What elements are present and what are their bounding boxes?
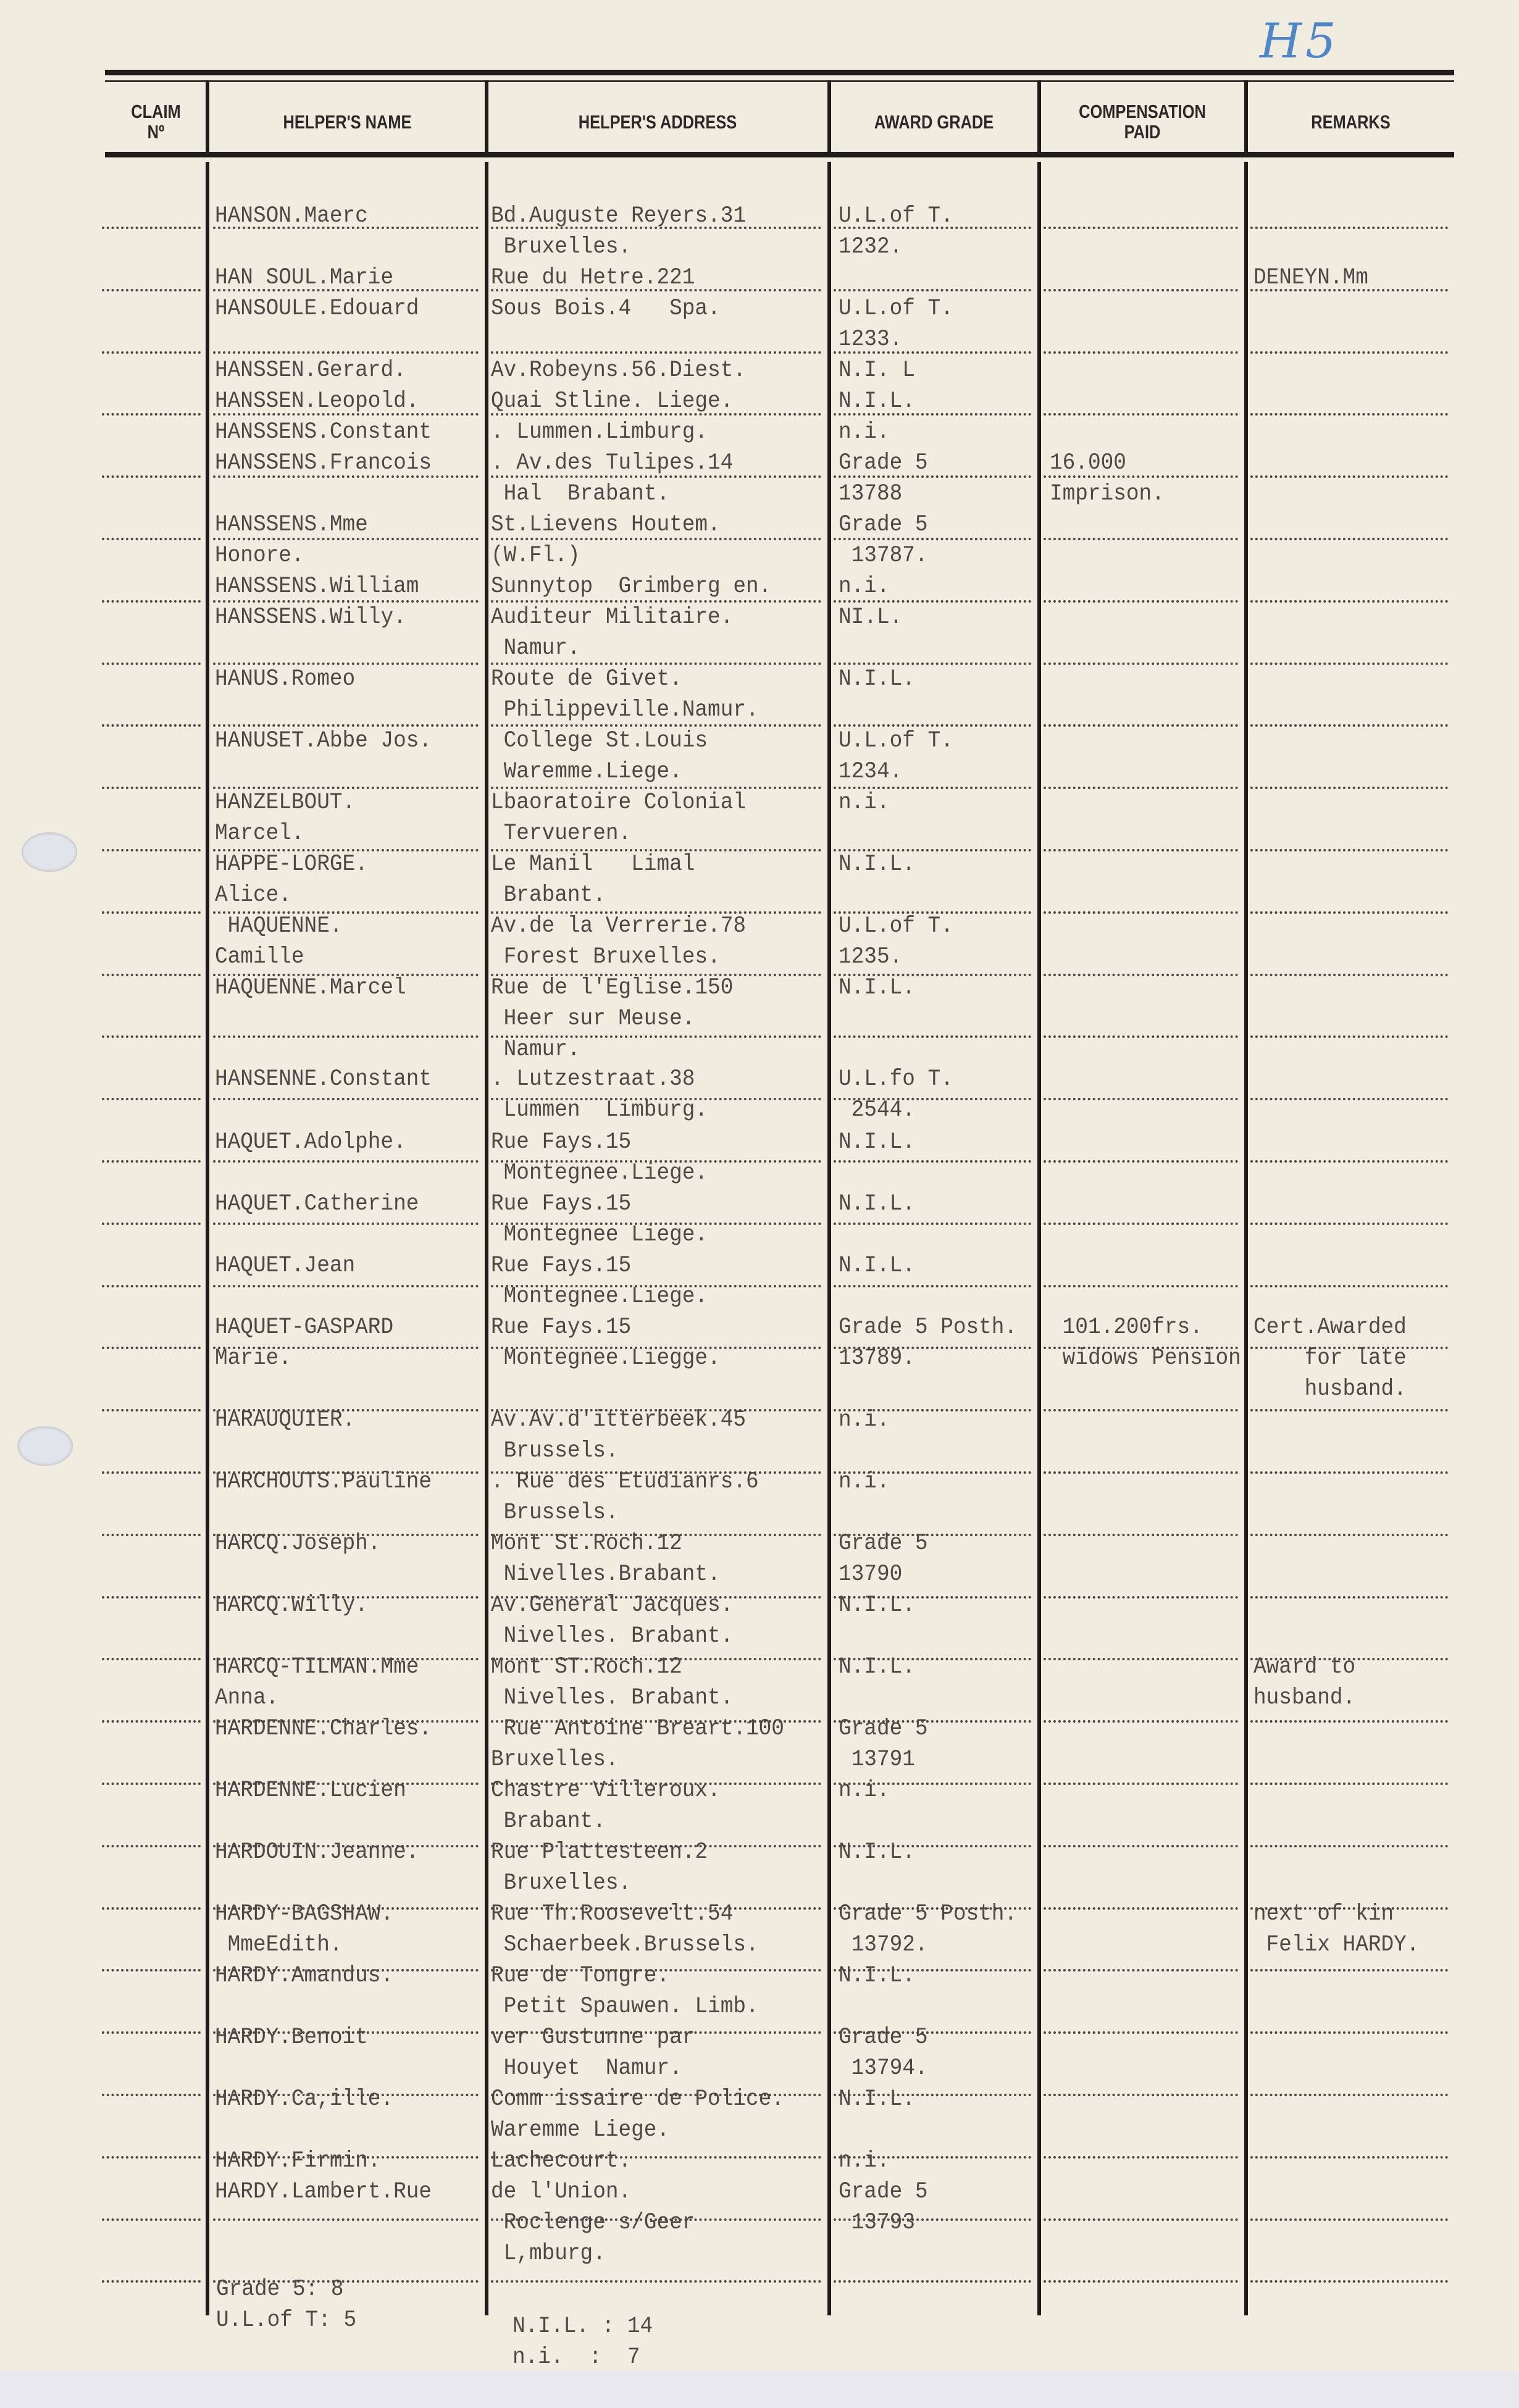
cell-award: n.i. (839, 575, 890, 598)
cell-address: Lbaoratoire Colonial (491, 792, 746, 814)
cell-address: Av.General Jacques. (491, 1594, 733, 1617)
cell-address: Quai Stline. Liege. (491, 390, 733, 413)
cell-remarks: husband. (1253, 1687, 1355, 1710)
dotted-row-rule (213, 2218, 479, 2221)
cell-address: Roclenge s/Geer (491, 2212, 695, 2235)
cell-address: Nivelles. Brabant. (491, 1625, 733, 1648)
cell-award: Grade 5 (839, 514, 928, 537)
cell-name: HARDY.Firmin. (215, 2150, 380, 2173)
cell-name: HAQUET.Catherine (215, 1193, 419, 1216)
cell-award: N.I.L. (839, 1841, 915, 1864)
cell-award: n.i. (839, 1779, 890, 1802)
dotted-row-rule (1044, 1471, 1238, 1474)
cell-award: n.i. (839, 792, 890, 814)
cell-address: College St.Louis (491, 730, 708, 753)
cell-award: 2544. (839, 1099, 915, 1122)
dotted-row-rule (1250, 1098, 1448, 1100)
dotted-row-rule (102, 2031, 201, 2034)
dotted-row-rule (1250, 663, 1448, 665)
dotted-row-rule (834, 724, 1031, 727)
dotted-row-rule (1044, 1285, 1238, 1287)
cell-name: HAQUENNE. (215, 915, 343, 938)
dotted-row-rule (1044, 1035, 1238, 1038)
dotted-row-rule (213, 1285, 479, 1287)
cell-address: Montegnee.Liegge. (491, 1347, 721, 1370)
cell-award: N.I.L. (839, 1255, 915, 1277)
header-helper-address: HELPER'S ADDRESS (519, 91, 797, 153)
cell-name: HAQUENNE.Marcel (215, 977, 406, 1000)
dotted-row-rule (102, 1409, 201, 1411)
dotted-row-rule (1250, 1160, 1448, 1163)
cell-remarks: DENEYN.Mm (1253, 267, 1368, 290)
cell-address: Petit Spauwen. Limb. (491, 1996, 759, 2018)
dotted-row-rule (1044, 911, 1238, 914)
cell-award: 13792. (839, 1934, 928, 1957)
cell-address: Brabant. (491, 884, 606, 907)
handwritten-page-mark: H5 (1260, 14, 1340, 69)
cell-address: Heer sur Meuse. (491, 1008, 695, 1031)
dotted-row-rule (1044, 1907, 1238, 1910)
cell-name: HANSSENS.Constant (215, 421, 432, 444)
dotted-row-rule (834, 1285, 1031, 1287)
cell-address: Schaerbeek.Brussels. (491, 1934, 759, 1957)
cell-name: HARDOUIN.Jeanne. (215, 1841, 419, 1864)
cell-name: HARDY.Amandus. (215, 1965, 393, 1988)
dotted-row-rule (102, 1783, 201, 1785)
dotted-row-rule (1250, 1969, 1448, 1971)
dotted-row-rule (1044, 1658, 1238, 1660)
document-page (0, 0, 1519, 2371)
cell-address: Lummen Limburg. (491, 1099, 708, 1122)
cell-name: HARCQ.Joseph. (215, 1532, 380, 1555)
dotted-row-rule (102, 1596, 201, 1599)
dotted-row-rule (1250, 1223, 1448, 1225)
column-divider (206, 80, 209, 153)
column-divider (206, 162, 209, 2315)
cell-award: 13793 (839, 2212, 915, 2235)
dotted-row-rule (1044, 1098, 1238, 1100)
dotted-row-rule (1250, 600, 1448, 603)
cell-address: Auditeur Militaire. (491, 606, 733, 629)
cell-award: n.i. (839, 421, 890, 444)
dotted-row-rule (834, 1035, 1031, 1038)
dotted-row-rule (102, 787, 201, 789)
cell-address: Mont ST.Roch.12 (491, 1656, 682, 1679)
cell-name: HARDENNE.Lucien (215, 1779, 406, 1802)
cell-award: U.L.of T. (839, 730, 953, 753)
cell-address: (W.Fl.) (491, 545, 580, 567)
column-divider (1037, 80, 1041, 153)
cell-address: Le Manil Limal (491, 853, 695, 876)
dotted-row-rule (213, 1035, 479, 1038)
dotted-row-rule (1250, 1720, 1448, 1723)
cell-award: Grade 5 (839, 2026, 928, 2049)
dotted-row-rule (1044, 2156, 1238, 2159)
dotted-row-rule (102, 1720, 201, 1723)
dotted-row-rule (1250, 413, 1448, 416)
dotted-row-rule (102, 2094, 201, 2096)
dotted-row-rule (1044, 1720, 1238, 1723)
dotted-row-rule (1044, 663, 1238, 665)
cell-name: Marie. (215, 1347, 291, 1370)
cell-address: Hal Brabant. (491, 483, 669, 506)
dotted-row-rule (213, 724, 479, 727)
dotted-row-rule (213, 1223, 479, 1225)
cell-address: Forest Bruxelles. (491, 946, 721, 969)
cell-award: U.L.of T. (839, 298, 953, 320)
dotted-row-rule (102, 1534, 201, 1536)
punch-hole-lower (17, 1426, 73, 1466)
dotted-row-rule (102, 1907, 201, 1910)
cell-address: Comm issaire de Police. (491, 2088, 784, 2111)
dotted-row-rule (1044, 2280, 1238, 2283)
dotted-row-rule (102, 1845, 201, 1847)
cell-compensation: Imprison. (1050, 483, 1165, 506)
dotted-row-rule (1250, 1471, 1448, 1474)
column-divider (1244, 80, 1248, 153)
dotted-row-rule (102, 600, 201, 603)
cell-remarks: next of kin (1253, 1903, 1394, 1926)
dotted-row-rule (1044, 724, 1238, 727)
dotted-row-rule (1044, 2031, 1238, 2034)
header-top-rule (105, 70, 1454, 75)
cell-name: HARDY.Ca,ille. (215, 2088, 393, 2111)
cell-name: HARCQ-TILMAN.Mme (215, 1656, 419, 1679)
dotted-row-rule (1250, 787, 1448, 789)
header-helper-name: HELPER'S NAME (235, 91, 460, 153)
cell-award: N.I.L. (839, 1965, 915, 1988)
cell-name: HANUSET.Abbe Jos. (215, 730, 432, 753)
dotted-row-rule (834, 663, 1031, 665)
cell-address: Nivelles.Brabant. (491, 1563, 721, 1586)
dotted-row-rule (1250, 2031, 1448, 2034)
cell-address: . Lutzestraat.38 (491, 1068, 695, 1091)
cell-award: 13787. (839, 545, 928, 567)
dotted-row-rule (1250, 2156, 1448, 2159)
cell-address: Brabant. (491, 1810, 606, 1833)
cell-address: Mont St.Roch.12 (491, 1532, 682, 1555)
cell-award: N.I.L. (839, 668, 915, 691)
punch-hole-upper (22, 832, 77, 872)
dotted-row-rule (1250, 1783, 1448, 1785)
cell-award: N.I.L. (839, 1594, 915, 1617)
cell-address: Montegnee.Liege. (491, 1162, 708, 1185)
cell-award: 13788 (839, 483, 902, 506)
cell-award: N.I.L. (839, 1131, 915, 1154)
cell-award: 1232. (839, 236, 902, 259)
dotted-row-rule (834, 1160, 1031, 1163)
cell-name: HANSSENS.Mme (215, 514, 368, 537)
dotted-row-rule (102, 289, 201, 291)
dotted-row-rule (102, 1471, 201, 1474)
column-divider (1244, 162, 1248, 2315)
dotted-row-rule (102, 1658, 201, 1660)
dotted-row-rule (1044, 1783, 1238, 1785)
dotted-row-rule (1250, 1035, 1448, 1038)
cell-address: . Av.des Tulipes.14 (491, 452, 733, 475)
cell-address: Rue du Hetre.221 (491, 267, 695, 290)
cell-award: Grade 5 (839, 2181, 928, 2204)
dotted-row-rule (1044, 1223, 1238, 1225)
dotted-row-rule (1250, 1409, 1448, 1411)
cell-award: U.L.of T. (839, 915, 953, 938)
cell-award: Grade 5 (839, 1718, 928, 1741)
total-nil: N.I.L. : 14 (513, 2315, 653, 2338)
cell-award: U.L.of T. (839, 205, 953, 228)
cell-award: 13790 (839, 1563, 902, 1586)
cell-name: HANSSENS.Willy. (215, 606, 406, 629)
cell-award: N.I.L. (839, 390, 915, 413)
cell-address: Montegnee Liege. (491, 1224, 708, 1247)
dotted-row-rule (1044, 289, 1238, 291)
cell-award: N.I.L. (839, 2088, 915, 2111)
header-remarks: REMARKS (1266, 91, 1436, 153)
dotted-row-rule (213, 1160, 479, 1163)
dotted-row-rule (1044, 2094, 1238, 2096)
cell-remarks: husband. (1253, 1378, 1407, 1401)
cell-award: 13791 (839, 1749, 915, 1771)
cell-compensation: 16.000 (1050, 452, 1126, 475)
dotted-row-rule (102, 1969, 201, 1971)
dotted-row-rule (1044, 413, 1238, 416)
dotted-row-rule (102, 351, 201, 354)
total-ul-of-t: U.L.of T: 5 (216, 2309, 356, 2332)
cell-address: de l'Union. (491, 2181, 631, 2204)
dotted-row-rule (102, 2280, 201, 2283)
cell-compensation: widows Pension (1050, 1347, 1241, 1370)
cell-address: Route de Givet. (491, 668, 682, 691)
dotted-row-rule (102, 2218, 201, 2221)
cell-name: HARCQ.Willy. (215, 1594, 368, 1617)
cell-award: N.I.L. (839, 1656, 915, 1679)
cell-award: n.i. (839, 1471, 890, 1494)
dotted-row-rule (834, 600, 1031, 603)
cell-name: HARDY-BAGSHAW. (215, 1903, 393, 1926)
dotted-row-rule (491, 2280, 821, 2283)
cell-address: Namur. (491, 637, 580, 660)
cell-address: . Lummen.Limburg. (491, 421, 708, 444)
dotted-row-rule (102, 538, 201, 540)
cell-address: Rue Plattesteen.2 (491, 1841, 708, 1864)
cell-address: Waremme Liege. (491, 2119, 669, 2142)
dotted-row-rule (1044, 974, 1238, 976)
cell-address: Rue Fays.15 (491, 1316, 631, 1339)
cell-address: Nivelles. Brabant. (491, 1687, 733, 1710)
cell-remarks: for late (1253, 1347, 1407, 1370)
cell-award: 1235. (839, 946, 902, 969)
cell-name: HANSSENS.Francois (215, 452, 432, 475)
dotted-row-rule (1044, 600, 1238, 603)
cell-name: HARDY.Lambert.Rue (215, 2181, 432, 2204)
scan-background (0, 2371, 1519, 2408)
cell-name: HARDENNE.Charles. (215, 1718, 432, 1741)
dotted-row-rule (1044, 1534, 1238, 1536)
dotted-row-rule (1044, 227, 1238, 229)
dotted-row-rule (102, 1098, 201, 1100)
cell-address: Av.de la Verrerie.78 (491, 915, 746, 938)
cell-name: HANZELBOUT. (215, 792, 355, 814)
dotted-row-rule (1250, 849, 1448, 851)
cell-compensation: 101.200frs. (1050, 1316, 1203, 1339)
cell-award: 1234. (839, 761, 902, 784)
header-compensation-paid: COMPENSATIONPAID (1059, 91, 1226, 153)
cell-address: Rue Antoine Breart.100 (491, 1718, 784, 1741)
cell-name: HAQUET-GASPARD (215, 1316, 393, 1339)
cell-remarks: Felix HARDY. (1253, 1934, 1419, 1957)
header-compensation-label: COMPENSATION (1079, 102, 1206, 122)
dotted-row-rule (491, 600, 821, 603)
cell-address: L,mburg. (491, 2243, 606, 2265)
dotted-row-rule (1250, 475, 1448, 478)
cell-address: Montegnee.Liege. (491, 1286, 708, 1308)
dotted-row-rule (102, 849, 201, 851)
dotted-row-rule (102, 724, 201, 727)
cell-address: St.Lievens Houtem. (491, 514, 721, 537)
cell-award: N.I.L. (839, 977, 915, 1000)
dotted-row-rule (102, 663, 201, 665)
cell-address: Bruxelles. (491, 1872, 631, 1895)
cell-address: Philippeville.Namur. (491, 699, 759, 722)
cell-address: Sunnytop Grimberg en. (491, 575, 771, 598)
dotted-row-rule (834, 2280, 1031, 2283)
dotted-row-rule (1044, 849, 1238, 851)
cell-address: Waremme.Liege. (491, 761, 682, 784)
cell-name: HAQUET.Jean (215, 1255, 355, 1277)
cell-name: HARAUQUIER. (215, 1409, 355, 1432)
dotted-row-rule (102, 1223, 201, 1225)
cell-address: Tervueren. (491, 822, 631, 845)
dotted-row-rule (1250, 1534, 1448, 1536)
cell-address: Chastre Villeroux. (491, 1779, 721, 1802)
cell-name: Camille (215, 946, 304, 969)
dotted-row-rule (1044, 1409, 1238, 1411)
cell-address: Sous Bois.4 Spa. (491, 298, 721, 320)
dotted-row-rule (834, 1223, 1031, 1225)
dotted-row-rule (1044, 538, 1238, 540)
cell-name: HANSSEN.Leopold. (215, 390, 419, 413)
dotted-row-rule (1044, 351, 1238, 354)
header-claim-no: CLAIMNº (114, 91, 198, 153)
dotted-row-rule (1250, 1845, 1448, 1847)
dotted-row-rule (1250, 2094, 1448, 2096)
header-claim-label: CLAIM (131, 102, 180, 122)
cell-award: Grade 5 (839, 452, 928, 475)
cell-award: Grade 5 Posth. (839, 1316, 1017, 1339)
header-no-label: Nº (131, 122, 180, 143)
cell-award: U.L.fo T. (839, 1068, 953, 1091)
dotted-row-rule (491, 787, 821, 789)
dotted-row-rule (102, 413, 201, 416)
dotted-row-rule (834, 538, 1031, 540)
dotted-row-rule (491, 663, 821, 665)
dotted-row-rule (102, 974, 201, 976)
dotted-row-rule (491, 724, 821, 727)
dotted-row-rule (102, 227, 201, 229)
cell-address: Bruxelles. (491, 1749, 619, 1771)
cell-address: Bd.Auguste Reyers.31 (491, 205, 746, 228)
header-award-grade: AWARD GRADE (849, 91, 1019, 153)
dotted-row-rule (213, 663, 479, 665)
cell-address: Bruxelles. (491, 236, 631, 259)
dotted-row-rule (1044, 1845, 1238, 1847)
cell-name: HANUS.Romeo (215, 668, 355, 691)
dotted-row-rule (213, 538, 479, 540)
cell-address: Rue de l'Eglise.150 (491, 977, 733, 1000)
cell-name: HANSSENS.William (215, 575, 419, 598)
cell-award: N.I. L (839, 359, 915, 382)
cell-name: HANSON.Maerc (215, 205, 368, 228)
dotted-row-rule (1250, 2218, 1448, 2221)
dotted-row-rule (1250, 538, 1448, 540)
dotted-row-rule (213, 351, 479, 354)
total-ni: n.i. : 7 (513, 2346, 640, 2369)
cell-address: ver Gustunne par (491, 2026, 695, 2049)
dotted-row-rule (213, 600, 479, 603)
dotted-row-rule (1250, 2280, 1448, 2283)
dotted-row-rule (1044, 2218, 1238, 2221)
cell-address: Namur. (491, 1039, 580, 1061)
cell-name: Anna. (215, 1687, 278, 1710)
cell-name: HANSSEN.Gerard. (215, 359, 406, 382)
column-divider (485, 80, 488, 153)
dotted-row-rule (102, 1035, 201, 1038)
dotted-row-rule (102, 1160, 201, 1163)
cell-address: Rue Fays.15 (491, 1193, 631, 1216)
cell-name: HAPPE-LORGE. (215, 853, 368, 876)
dotted-row-rule (1250, 1285, 1448, 1287)
dotted-row-rule (1250, 724, 1448, 727)
cell-name: HANSENNE.Constant (215, 1068, 432, 1091)
dotted-row-rule (1250, 351, 1448, 354)
cell-name: HARDY.Benoit (215, 2026, 368, 2049)
column-divider (827, 80, 831, 153)
header-paid-label: PAID (1079, 122, 1206, 143)
cell-award: Grade 5 (839, 1532, 928, 1555)
dotted-row-rule (1044, 787, 1238, 789)
cell-remarks: Cert.Awarded (1253, 1316, 1407, 1339)
cell-name: HAQUET.Adolphe. (215, 1131, 406, 1154)
cell-name: Marcel. (215, 822, 304, 845)
cell-award: n.i. (839, 1409, 890, 1432)
dotted-row-rule (1250, 974, 1448, 976)
dotted-row-rule (102, 1347, 201, 1349)
cell-name: HAN SOUL.Marie (215, 267, 393, 290)
cell-remarks: Award to (1253, 1656, 1355, 1679)
cell-award: N.I.L. (839, 853, 915, 876)
cell-award: N.I.L. (839, 1193, 915, 1216)
column-divider (485, 162, 488, 2315)
cell-name: MmeEdith. (215, 1934, 343, 1957)
cell-name: HARCHOUTS.Pauline (215, 1471, 432, 1494)
cell-name: Alice. (215, 884, 291, 907)
column-divider (827, 162, 831, 2315)
dotted-row-rule (213, 787, 479, 789)
dotted-row-rule (102, 1285, 201, 1287)
dotted-row-rule (491, 538, 821, 540)
cell-address: Av.Robeyns.56.Diest. (491, 359, 746, 382)
dotted-row-rule (213, 1098, 479, 1100)
cell-address: Rue Fays.15 (491, 1131, 631, 1154)
cell-award: Grade 5 Posth. (839, 1903, 1017, 1926)
cell-address: Houyet Namur. (491, 2057, 682, 2080)
dotted-row-rule (1250, 911, 1448, 914)
cell-address: Brussels. (491, 1440, 619, 1463)
dotted-row-rule (1044, 1160, 1238, 1163)
header-top-thin-rule (105, 80, 1454, 82)
cell-address: Rue Fays.15 (491, 1255, 631, 1277)
dotted-row-rule (834, 787, 1031, 789)
total-grade-5: Grade 5: 8 (216, 2278, 344, 2301)
